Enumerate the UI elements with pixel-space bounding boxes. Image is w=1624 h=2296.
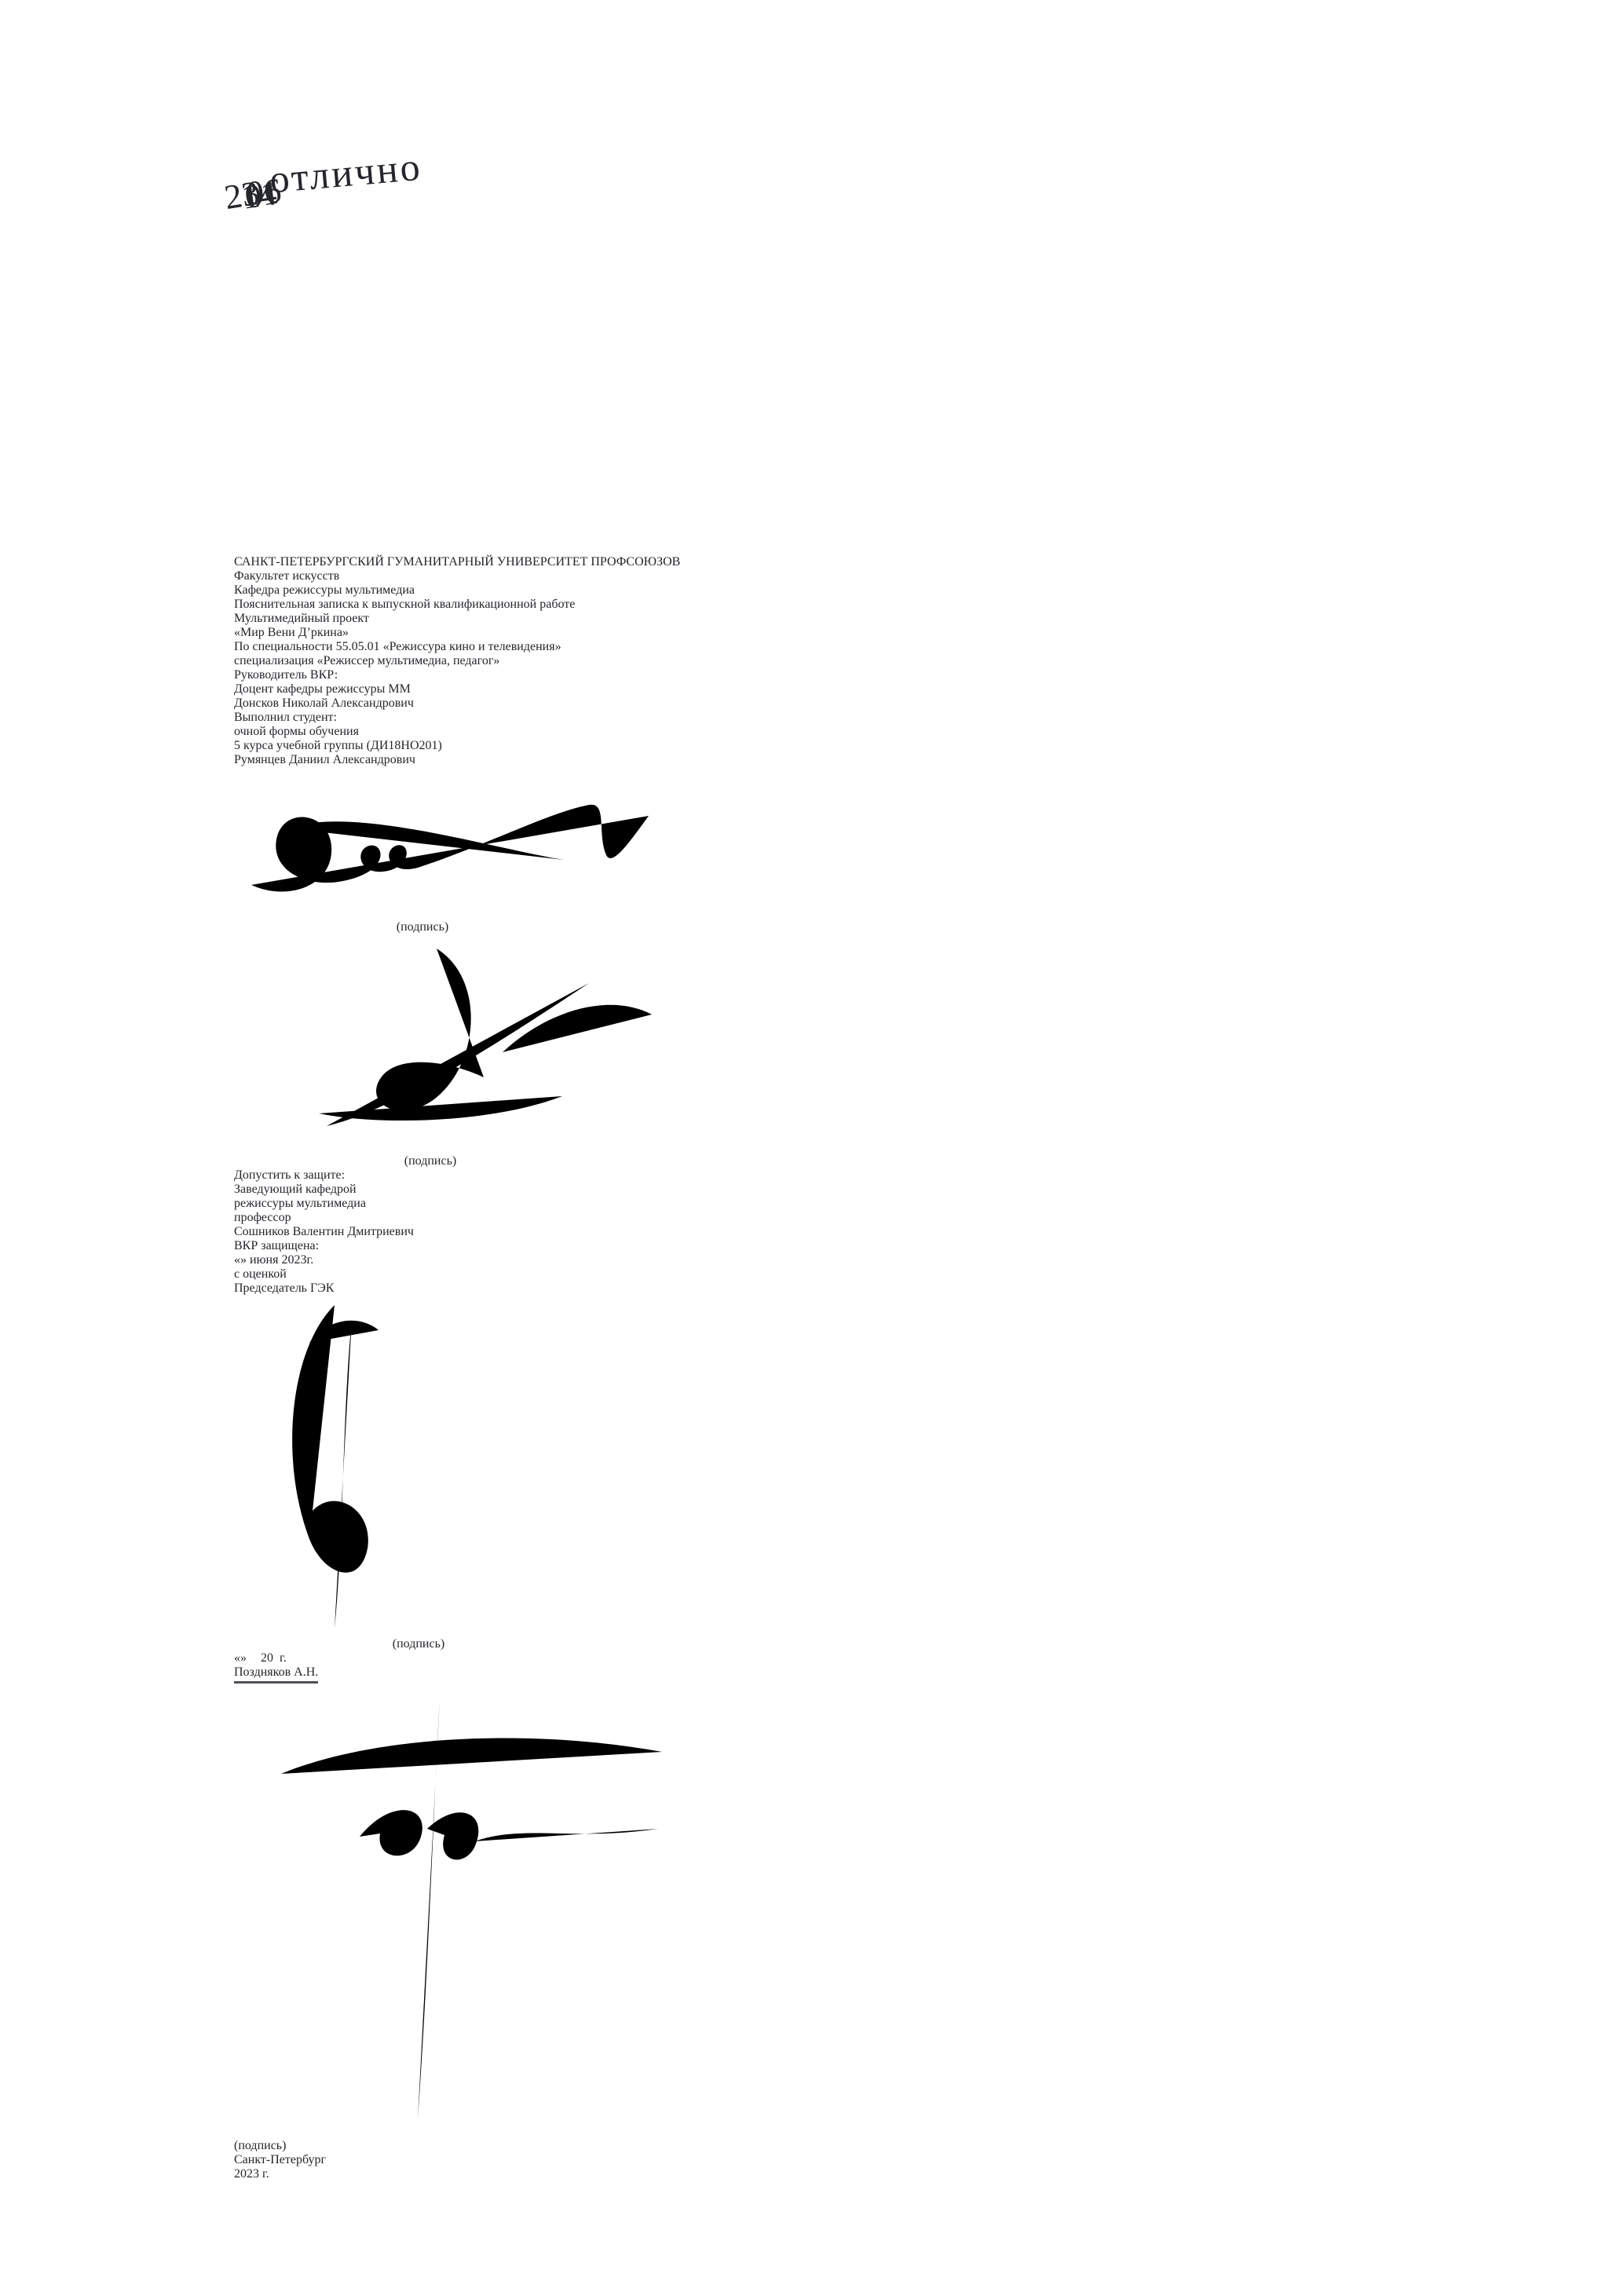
bleed-through-smudge [234,221,674,231]
document-subtitle: Пояснительная записка к выпускной квалиф… [234,598,1549,612]
admission-date-year-handwritten: 23 [221,173,262,218]
admission-date-year-suffix: г. [280,1651,287,1665]
student-name: Румянцев Даниил Александрович [234,753,1549,767]
specialization-line: специализация «Режиссер мультимедиа, пед… [234,654,1549,668]
admission-heading: Допустить к защите: [234,1168,1549,1183]
grade-line: с оценкойотлично [234,1267,1549,1281]
work-title-line2: «Мир Вени Д’ркина» [234,626,1549,640]
student-heading: Выполнил студент: [234,711,1549,725]
city-line: Санкт-Петербург [234,2153,1549,2167]
university-name: САНКТ-ПЕТЕРБУРГСКИЙ ГУМАНИТАРНЫЙ УНИВЕРС… [234,555,1549,569]
approver-signature [234,1296,422,1633]
specialty-line: По специальности 55.05.01 «Режиссура кин… [234,640,1549,654]
bleed-through-smudge [234,239,564,249]
chairman-label: Председатель ГЭК [234,1281,1549,1296]
scanned-title-page: САНКТ-ПЕТЕРБУРГСКИЙ ГУМАНИТАРНЫЙ УНИВЕРС… [0,0,1624,2296]
defense-date-line: «14» июня 2023г. [234,1253,1549,1267]
approver-position3: профессор [234,1211,1549,1225]
admission-date-year-printed: 20 [261,1651,273,1665]
page-content: САНКТ-ПЕТЕРБУРГСКИЙ ГУМАНИТАРНЫЙ УНИВЕРС… [234,183,1549,2181]
grade-label: с оценкой [234,1267,287,1281]
defense-heading: ВКР защищена: [234,1239,1549,1253]
year-line: 2023 г. [234,2167,1549,2181]
work-title-line1: Мультимедийный проект [234,612,1549,626]
defense-date-open-quote: « [234,1253,240,1267]
department-line: Кафедра режиссуры мультимедиа [234,583,1549,598]
admission-date-line: «01»062023г. [234,1651,1549,1665]
supervisor-position: Доцент кафедры режиссуры ММ [234,682,1549,696]
student-signature-caption: (подпись) [234,1154,627,1168]
supervisor-heading: Руководитель ВКР: [234,668,1549,682]
admission-date-close-quote: » [240,1651,247,1665]
student-group: 5 курса учебной группы (ДИ18НО201) [234,739,1549,753]
chairman-signature-caption: (подпись) [234,2139,1549,2153]
photographed-scene: САНКТ-ПЕТЕРБУРГСКИЙ ГУМАНИТАРНЫЙ УНИВЕРС… [234,183,1549,2296]
defense-date-rest: » июня 2023г. [240,1253,313,1267]
approver-position1: Заведующий кафедрой [234,1183,1549,1197]
chairman-name: Поздняков А.Н. [234,1665,1549,1680]
approver-position2: режиссуры мультимедиа [234,1197,1549,1211]
supervisor-signature-caption: (подпись) [234,920,611,934]
approver-name: Сошников Валентин Дмитриевич [234,1225,1549,1239]
bleed-through-smudge [234,231,485,239]
bleed-through-smudge [234,212,564,221]
bleed-through-smudge [234,202,705,212]
paper-crease [234,249,1549,555]
supervisor-signature [234,767,658,916]
supervisor-name: Донсков Николай Александрович [234,696,1549,711]
admission-date-open-quote: « [234,1651,240,1665]
approver-signature-caption: (подпись) [234,1637,603,1651]
student-signature [234,934,674,1150]
chairman-signature [234,1680,689,2135]
student-study-form: очной формы обучения [234,725,1549,739]
faculty-line: Факультет искусств [234,569,1549,583]
